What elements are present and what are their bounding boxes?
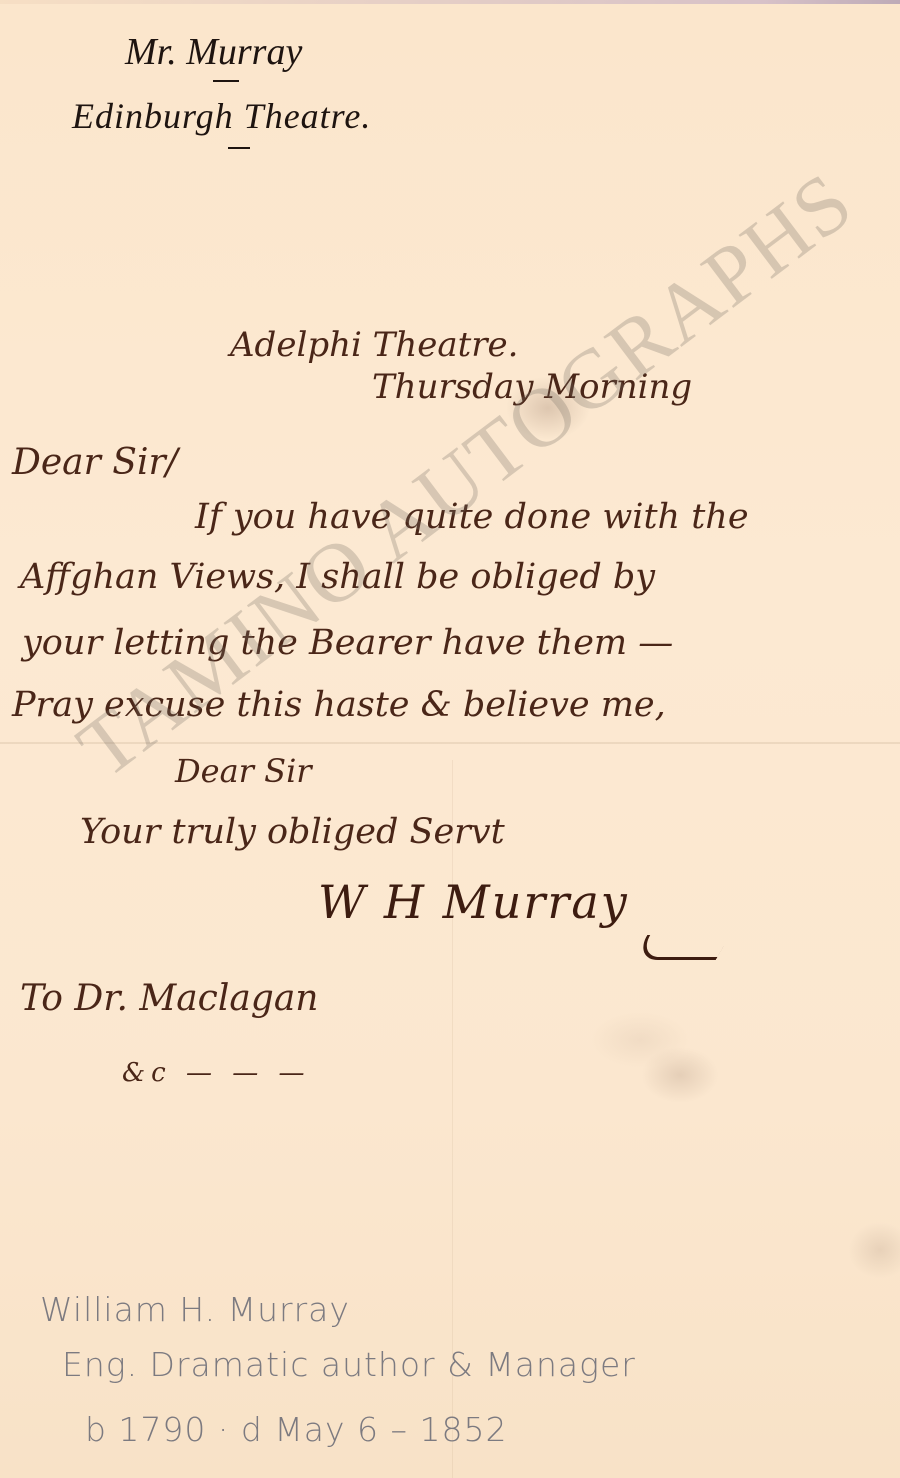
- underline-mark: [213, 80, 239, 82]
- closing-line: Your truly obliged Servt: [80, 812, 505, 852]
- salutation: Dear Sir/: [12, 442, 178, 483]
- letter-place: Adelphi Theatre.: [230, 325, 518, 365]
- pencil-note-line: William H. Murray: [40, 1290, 350, 1329]
- pencil-note-line: Eng. Dramatic author & Manager: [62, 1345, 636, 1384]
- paper-top-edge: [0, 0, 900, 4]
- body-line: your letting the Bearer have them —: [22, 623, 673, 663]
- signature-flourish: [633, 935, 730, 960]
- recipient-line: To Dr. Maclagan: [20, 978, 319, 1019]
- closing-line: Dear Sir: [175, 752, 312, 790]
- pencil-note-line: b 1790 · d May 6 – 1852: [85, 1410, 508, 1449]
- letter-page: Mr. Murray Edinburgh Theatre. Adelphi Th…: [0, 0, 900, 1478]
- address-line-theatre: Edinburgh Theatre.: [72, 95, 371, 137]
- recipient-etc: &c — — —: [122, 1058, 311, 1088]
- signature: W H Murray: [318, 875, 629, 929]
- address-line-name: Mr. Murray: [125, 30, 302, 74]
- underline-mark: [228, 147, 250, 149]
